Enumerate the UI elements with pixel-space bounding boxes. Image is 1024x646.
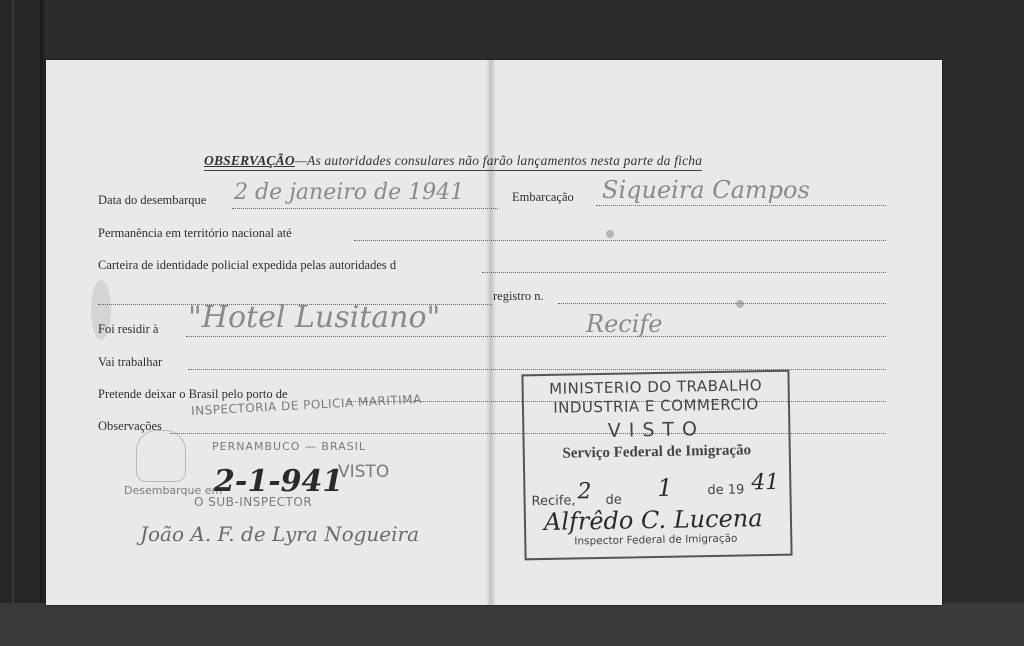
immigration-card: OBSERVAÇÃO—As autoridades consulares não… bbox=[46, 60, 942, 605]
label-data-desembarque: Data do desembarque bbox=[98, 193, 206, 208]
stamp-right-de1: de bbox=[605, 493, 622, 508]
label-carteira: Carteira de identidade policial expedida… bbox=[98, 258, 396, 273]
stamp-right-signature: Alfrêdo C. Lucena bbox=[544, 504, 763, 536]
stamp-left-signature: João A. F. de Lyra Nogueira bbox=[140, 522, 419, 546]
card-fold-line bbox=[486, 60, 496, 605]
stamp-left-line2: PERNAMBUCO — BRASIL bbox=[212, 440, 366, 453]
label-permanencia: Permanência em território nacional até bbox=[98, 226, 292, 241]
background-left-edge bbox=[0, 0, 45, 646]
header-bold: OBSERVAÇÃO bbox=[204, 153, 295, 168]
stamp-left-visto: VISTO bbox=[338, 462, 389, 482]
coat-of-arms-icon bbox=[136, 430, 186, 482]
header-text: —As autoridades consulares não farão lan… bbox=[295, 153, 702, 168]
stamp-right-role: Inspector Federal de Imigração bbox=[574, 533, 737, 548]
stamp-right-service: Serviço Federal de Imigração bbox=[525, 442, 789, 464]
stamp-right-de19: de 19 bbox=[707, 482, 744, 498]
stamp-left-role: O SUB-INSPECTOR bbox=[194, 495, 312, 509]
value-foi-residir: "Hotel Lusitano" bbox=[188, 300, 440, 335]
background-bottom-strip bbox=[0, 603, 1024, 646]
stamp-right-month: 1 bbox=[657, 474, 673, 502]
stamp-left-date: 2-1-941 bbox=[214, 464, 343, 499]
label-registro: registro n. bbox=[493, 289, 544, 304]
label-foi-residir: Foi residir à bbox=[98, 322, 158, 337]
value-embarcacao: Siqueira Campos bbox=[602, 176, 810, 204]
value-foi-residir-city: Recife bbox=[586, 310, 662, 338]
stamp-right-year: 41 bbox=[751, 470, 779, 495]
label-vai-trabalhar: Vai trabalhar bbox=[98, 355, 162, 370]
stamp-right-line2: INDUSTRIA E COMMERCIO bbox=[524, 395, 788, 419]
observation-header: OBSERVAÇÃO—As autoridades consulares não… bbox=[204, 153, 702, 169]
label-embarcacao: Embarcação bbox=[512, 190, 574, 205]
stamp-right-day: 2 bbox=[577, 479, 591, 504]
stamp-ministerio: MINISTERIO DO TRABALHO INDUSTRIA E COMME… bbox=[521, 370, 792, 561]
value-data-desembarque: 2 de janeiro de 1941 bbox=[234, 180, 464, 205]
stamp-right-visto: VISTO bbox=[524, 417, 788, 444]
